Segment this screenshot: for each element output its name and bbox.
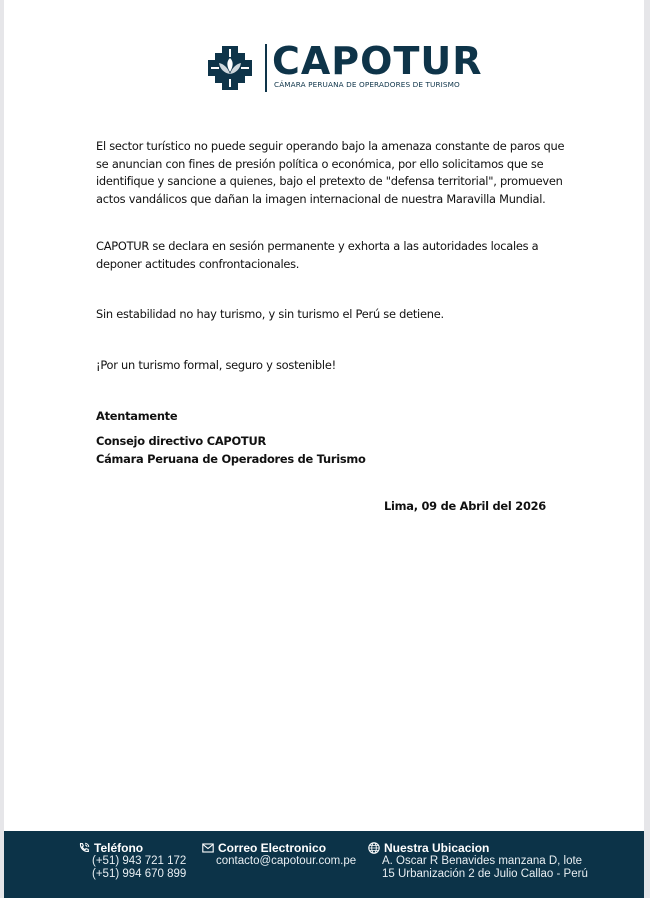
email-address[interactable]: contacto@capotour.com.pe <box>202 855 356 868</box>
phone-number-2[interactable]: (+51) 994 670 899 <box>78 868 186 881</box>
address-line-2: 15 Urbanización 2 de Julio Callao - Perú <box>368 868 588 881</box>
signature: Consejo directivo CAPOTUR Cámara Peruana… <box>96 433 566 468</box>
letter-date: Lima, 09 de Abril del 2026 <box>384 498 546 516</box>
phone-icon <box>78 842 90 854</box>
email-title: Correo Electronico <box>218 841 326 855</box>
footer-phone: Teléfono (+51) 943 721 172 (+51) 994 670… <box>78 841 186 881</box>
capotur-logo: CAPOTUR CÁMARA PERUANA DE OPERADORES DE … <box>208 44 458 94</box>
footer-location: Nuestra Ubicacion A. Oscar R Benavides m… <box>368 841 588 881</box>
mail-icon <box>202 842 214 854</box>
phone-title: Teléfono <box>94 841 143 855</box>
signature-line-2: Cámara Peruana de Operadores de Turismo <box>96 451 566 469</box>
paragraph-demand: El sector turístico no puede seguir oper… <box>96 138 566 208</box>
closing: Atentamente <box>96 408 566 426</box>
logo-divider <box>265 44 267 92</box>
globe-icon <box>368 842 380 854</box>
logo-name: CAPOTUR <box>272 39 483 83</box>
andean-cross-flower-icon <box>208 46 252 90</box>
logo-subtitle: CÁMARA PERUANA DE OPERADORES DE TURISMO <box>274 80 460 89</box>
paragraph-stability: Sin estabilidad no hay turismo, y sin tu… <box>96 306 566 324</box>
location-title: Nuestra Ubicacion <box>384 841 489 855</box>
footer: Teléfono (+51) 943 721 172 (+51) 994 670… <box>4 831 644 898</box>
address-line-1: A. Oscar R Benavides manzana D, lote <box>368 855 588 868</box>
paragraph-slogan: ¡Por un turismo formal, seguro y sosteni… <box>96 357 566 375</box>
signature-line-1: Consejo directivo CAPOTUR <box>96 433 566 451</box>
paragraph-session: CAPOTUR se declara en sesión permanente … <box>96 238 566 273</box>
letter-page: CAPOTUR CÁMARA PERUANA DE OPERADORES DE … <box>4 0 644 898</box>
footer-email: Correo Electronico contacto@capotour.com… <box>202 841 356 868</box>
phone-number-1[interactable]: (+51) 943 721 172 <box>78 855 186 868</box>
